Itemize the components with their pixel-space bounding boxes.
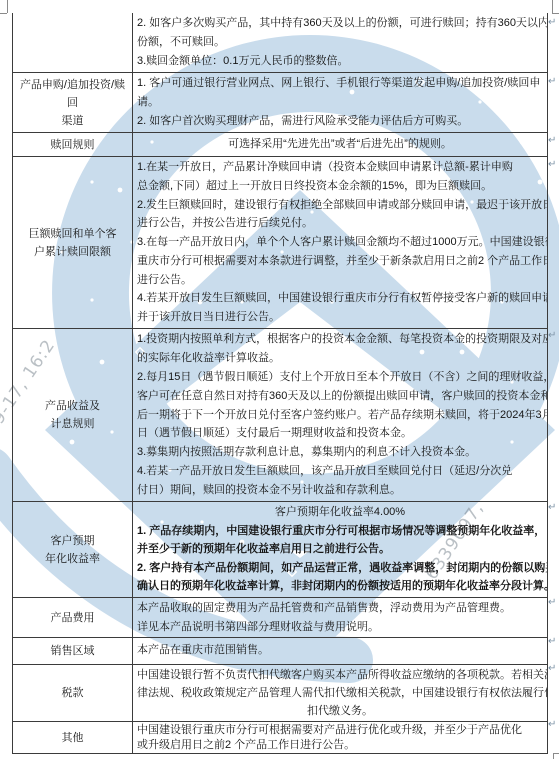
- cell-line: 可选择采用“先进先出”或者“后进先出”的规则。: [137, 135, 543, 155]
- end-of-row-mark-icon: ↵: [548, 136, 556, 146]
- row-content: 本产品收取的固定费用为产品托管费和产品销售费，浮动费用为产品管理费。详见本产品说…: [133, 598, 548, 638]
- row-label: 产品费用: [13, 598, 133, 638]
- end-of-row-mark-icon: ↵: [548, 720, 556, 730]
- cell-line: 2. 客户持有本产品份额期间，如产品运营正常，遇收益率调整，封闭期内的份额以购买: [137, 559, 543, 578]
- cell-line: 2.每月15日（遇节假日顺延）支付上个开放日至本个开放日（不含）之间的理财收益，: [137, 368, 543, 387]
- row-label: 产品收益及计息规则: [13, 329, 133, 502]
- table-row: 客户预期年化收益率客户预期年化收益率4.00%1. 产品存续期内，中国建设银行重…: [13, 502, 548, 598]
- row-label: 客户预期年化收益率: [13, 502, 133, 598]
- table-row: 产品收益及计息规则1.投资期内按照单利方式，根据客户的投资本金金额、每笔投资本金…: [13, 329, 548, 502]
- row-content: 1. 客户可通过银行营业网点、网上银行、手机银行等渠道发起申购/追加投资/赎回申…: [133, 73, 548, 133]
- table-row: 赎回规则可选择采用“先进先出”或者“后进先出”的规则。: [13, 133, 548, 157]
- cell-line: 详见本产品说明书第四部分理财收益与费用说明。: [137, 618, 543, 637]
- corner-mark: [0, 13, 7, 14]
- end-of-row-mark-icon: ↵: [548, 77, 556, 87]
- row-label-line: 产品申购/追加投资/赎回: [17, 76, 128, 112]
- cell-line: 1.在某一开放日，产品累计净赎回申请（投资本金赎回申请累计总额-累计申购: [137, 158, 543, 177]
- cell-line: 进行公告。: [137, 271, 543, 290]
- cell-line: 1. 产品存续期内，中国建设银行重庆市分行可根据市场情况等调整预期年化收益率，: [137, 522, 543, 541]
- table-row: 销售区域本产品在重庆市范围销售。: [13, 638, 548, 665]
- cell-line: 并至少于新的预期年化收益率启用日之前进行公告。: [137, 540, 543, 559]
- row-label-line: 产品费用: [17, 609, 128, 627]
- row-label-line: 渠道: [17, 112, 128, 130]
- corner-mark: [7, 0, 8, 13]
- corner-mark: [552, 0, 553, 13]
- cell-line: 扣代缴义务。: [137, 702, 543, 720]
- row-label-line: 年化收益率: [17, 550, 128, 568]
- cell-line: 的实际年化收益率计算收益。: [137, 349, 543, 368]
- product-terms-table: 2. 如客户多次购买产品，其中持有360天及以上的份额，可进行赎回；持有360天…: [12, 13, 548, 754]
- cell-line: 3.募集期内按照活期存款利息计息，募集期内的利息不计入投资本金。: [137, 443, 543, 462]
- cell-line: 2. 如客户首次购买理财产品，需进行风险承受能力评估后方可购买。: [137, 112, 543, 131]
- row-label-line: 巨额赎回和单个客: [17, 225, 128, 243]
- cell-line: 2. 如客户多次购买产品，其中持有360天及以上的份额，可进行赎回；持有360天…: [137, 14, 543, 33]
- row-label: 其他: [13, 722, 133, 754]
- table-row: 税款中国建设银行暂不负责代扣代缴客户购买本产品所得收益应缴纳的各项税款。若相关法…: [13, 665, 548, 722]
- cell-line: 3.在每一产品开放日内，单个个人客户累计赎回金额均不超过1000万元。中国建设银…: [137, 233, 543, 252]
- cell-line: 付日）期间，赎回的投资本金不另计收益和存款利息。: [137, 481, 543, 500]
- table-row: 巨额赎回和单个客户累计赎回限额1.在某一开放日，产品累计净赎回申请（投资本金赎回…: [13, 157, 548, 329]
- row-label-line: 产品收益及: [17, 397, 128, 415]
- row-label: 赎回规则: [13, 133, 133, 157]
- cell-line: 1. 客户可通过银行营业网点、网上银行、手机银行等渠道发起申购/追加投资/赎回申: [137, 74, 543, 93]
- table-row: 2. 如客户多次购买产品，其中持有360天及以上的份额，可进行赎回；持有360天…: [13, 13, 548, 73]
- table-row: 产品申购/追加投资/赎回渠道1. 客户可通过银行营业网点、网上银行、手机银行等渠…: [13, 73, 548, 133]
- row-content: 本产品在重庆市范围销售。: [133, 638, 548, 665]
- row-label: [13, 13, 133, 73]
- end-of-row-mark-icon: ↵: [548, 598, 556, 608]
- cell-line: 重庆市分行可根据需要对本条款进行调整，并至少于新条款启用日之前2 个产品工作日: [137, 252, 543, 271]
- cell-line: 并于该开放日当日进行公告。: [137, 308, 543, 327]
- cell-line: 进行公告，并按公告进行后续兑付。: [137, 214, 543, 233]
- cell-line: 4.若某一产品开放日发生巨额赎回，该产品开放日至赎回兑付日（延迟/分次兑: [137, 462, 543, 481]
- document-page: -09-17, 16:2 6339097, 2. 如客户多次购买产品，其中持有3…: [0, 0, 559, 759]
- row-content: 中国建设银行重庆市分行可根据需要对产品进行优化或升级，并至少于产品优化或升级启用…: [133, 722, 548, 754]
- row-label-line: 销售区域: [17, 642, 128, 660]
- cell-line: 日（遇节假日顺延）支付最后一期理财收益和投资本金。: [137, 424, 543, 443]
- corner-mark: [552, 13, 559, 14]
- cell-line: 确认日的预期年化收益率计算，非封闭期内的份额按适用的预期年化收益率分段计算。: [137, 577, 543, 596]
- cell-line: 4.若某开放日发生巨额赎回，中国建设银行重庆市分行有权暂停接受客户新的赎回申请,: [137, 289, 543, 308]
- cell-line: 中国建设银行重庆市分行可根据需要对产品进行优化或升级，并至少于产品优化: [137, 723, 543, 738]
- row-label-line: 客户预期: [17, 532, 128, 550]
- end-of-row-mark-icon: ↵: [548, 18, 556, 28]
- row-content: 可选择采用“先进先出”或者“后进先出”的规则。: [133, 133, 548, 157]
- row-label: 销售区域: [13, 638, 133, 665]
- cell-line: 份额，不可赎回。: [137, 33, 543, 52]
- cell-line: 总金额,下同）超过上一开放日日终投资本金余额的15%，即为巨额赎回。: [137, 177, 543, 196]
- row-label-line: 户累计赎回限额: [17, 243, 128, 261]
- cell-line: 客户可在任意自然日对持有360天及以上的份额提出赎回申请，客户赎回的投资本金和最: [137, 387, 543, 406]
- end-of-row-mark-icon: ↵: [548, 503, 556, 513]
- cell-line: 后一期将于下一个开放日兑付至客户签约账户。若产品存续期未赎回，将于2024年3月…: [137, 406, 543, 425]
- row-label-line: 计息规则: [17, 415, 128, 433]
- end-of-row-mark-icon: ↵: [548, 331, 556, 341]
- row-content: 2. 如客户多次购买产品，其中持有360天及以上的份额，可进行赎回；持有360天…: [133, 13, 548, 73]
- cell-line: 中国建设银行暂不负责代扣代缴客户购买本产品所得收益应缴纳的各项税款。若相关法: [137, 666, 543, 684]
- cell-line: 1.投资期内按照单利方式，根据客户的投资本金金额、每笔投资本金的投资期限及对应: [137, 330, 543, 349]
- row-label: 巨额赎回和单个客户累计赎回限额: [13, 157, 133, 329]
- corner-mark: [553, 753, 554, 759]
- table-row: 产品费用本产品收取的固定费用为产品托管费和产品销售费，浮动费用为产品管理费。详见…: [13, 598, 548, 638]
- cell-line: 请。: [137, 93, 543, 112]
- cell-line: 律法规、税收政策规定产品管理人需代扣代缴相关税款，中国建设银行有权依法履行代: [137, 684, 543, 702]
- cell-line: 本产品收取的固定费用为产品托管费和产品销售费，浮动费用为产品管理费。: [137, 599, 543, 618]
- row-content: 1.投资期内按照单利方式，根据客户的投资本金金额、每笔投资本金的投资期限及对应的…: [133, 329, 548, 502]
- row-label-line: 赎回规则: [17, 136, 128, 154]
- row-content: 客户预期年化收益率4.00%1. 产品存续期内，中国建设银行重庆市分行可根据市场…: [133, 502, 548, 598]
- end-of-row-mark-icon: ↵: [548, 664, 556, 674]
- end-of-row-mark-icon: ↵: [548, 637, 556, 647]
- end-of-row-mark-icon: ↵: [548, 160, 556, 170]
- cell-line: 本产品在重庆市范围销售。: [137, 641, 543, 661]
- row-label-line: 其他: [17, 729, 128, 747]
- cell-line: 客户预期年化收益率4.00%: [137, 503, 543, 522]
- cell-line: 3.赎回金额单位：0.1万元人民币的整数倍。: [137, 52, 543, 71]
- table-row: 其他中国建设银行重庆市分行可根据需要对产品进行优化或升级，并至少于产品优化或升级…: [13, 722, 548, 754]
- row-content: 1.在某一开放日，产品累计净赎回申请（投资本金赎回申请累计总额-累计申购总金额,…: [133, 157, 548, 329]
- row-label: 产品申购/追加投资/赎回渠道: [13, 73, 133, 133]
- cell-line: 2.发生巨额赎回时，建设银行有权拒绝全部赎回申请或部分赎回申请，最迟于该开放日: [137, 196, 543, 215]
- row-label-line: 税款: [17, 684, 128, 702]
- row-label: 税款: [13, 665, 133, 722]
- cell-line: 或升级启用日之前2 个产品工作日进行公告。: [137, 738, 543, 753]
- row-content: 中国建设银行暂不负责代扣代缴客户购买本产品所得收益应缴纳的各项税款。若相关法律法…: [133, 665, 548, 722]
